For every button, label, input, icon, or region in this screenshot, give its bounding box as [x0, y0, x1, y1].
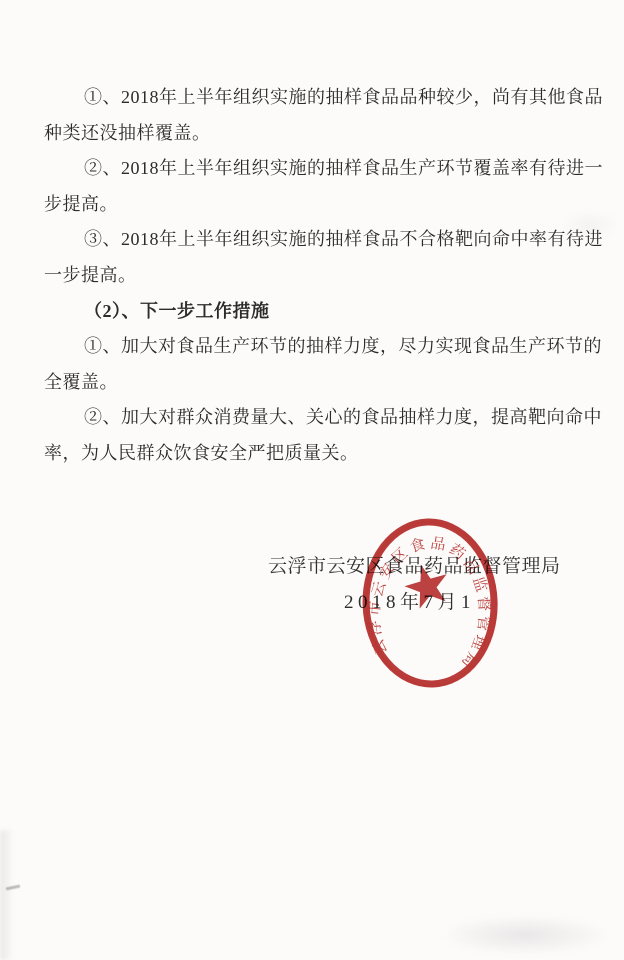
text-line: 全覆盖。	[44, 365, 590, 401]
text-line: 率，为人民群众饮食安全严把质量关。	[44, 436, 590, 472]
document-page: ①、2018年上半年组织实施的抽样食品品种较少，尚有其他食品种类还没抽样覆盖。②…	[0, 0, 624, 960]
text-line: ①、2018年上半年组织实施的抽样食品品种较少，尚有其他食品	[44, 80, 590, 116]
text-line: 种类还没抽样覆盖。	[44, 116, 590, 152]
text-line: ①、加大对食品生产环节的抽样力度，尽力实现食品生产环节的	[44, 329, 590, 365]
scan-edge-shade	[0, 830, 14, 960]
text-line: ②、2018年上半年组织实施的抽样食品生产环节覆盖率有待进一	[44, 151, 590, 187]
text-line: ③、2018年上半年组织实施的抽样食品不合格靶向命中率有待进	[44, 222, 590, 258]
text-line: 一步提高。	[44, 258, 590, 294]
star-icon	[400, 559, 454, 611]
body-text-block: ①、2018年上半年组织实施的抽样食品品种较少，尚有其他食品种类还没抽样覆盖。②…	[44, 80, 590, 472]
text-line: 步提高。	[44, 187, 590, 223]
official-seal: 云浮市云安区食品药品监督管理局	[349, 503, 512, 698]
text-line: （2）、下一步工作措施	[44, 294, 590, 330]
text-line: ②、加大对群众消费量大、关心的食品抽样力度，提高靶向命中	[44, 400, 590, 436]
scan-smudge	[440, 915, 610, 955]
